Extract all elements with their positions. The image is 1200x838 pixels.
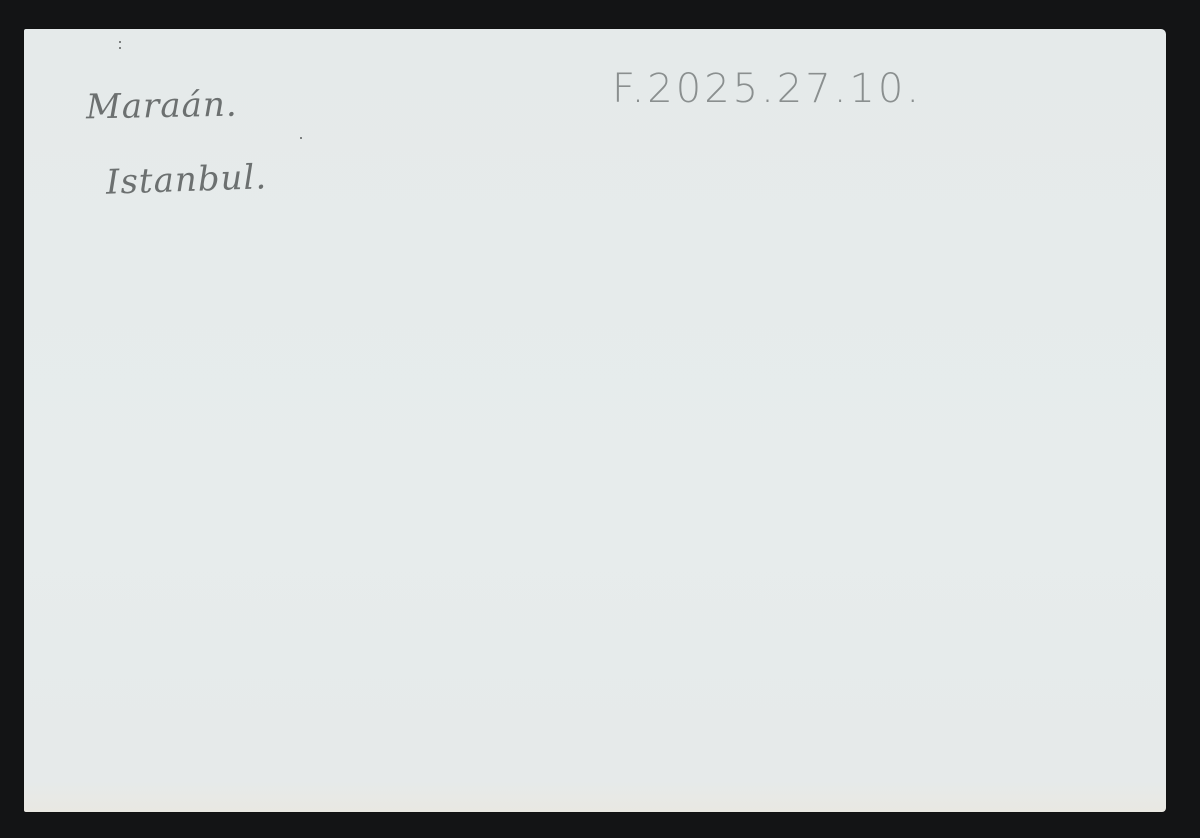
accession-number: F.2025.27.10. xyxy=(612,66,922,112)
pencil-mark xyxy=(300,137,302,139)
pencil-mark xyxy=(119,41,121,43)
photo-print-back xyxy=(24,29,1166,812)
location-inscription-line-1: Maraán. xyxy=(86,85,238,128)
pencil-mark xyxy=(119,47,121,49)
location-inscription-line-2: Istanbul. xyxy=(105,157,267,203)
